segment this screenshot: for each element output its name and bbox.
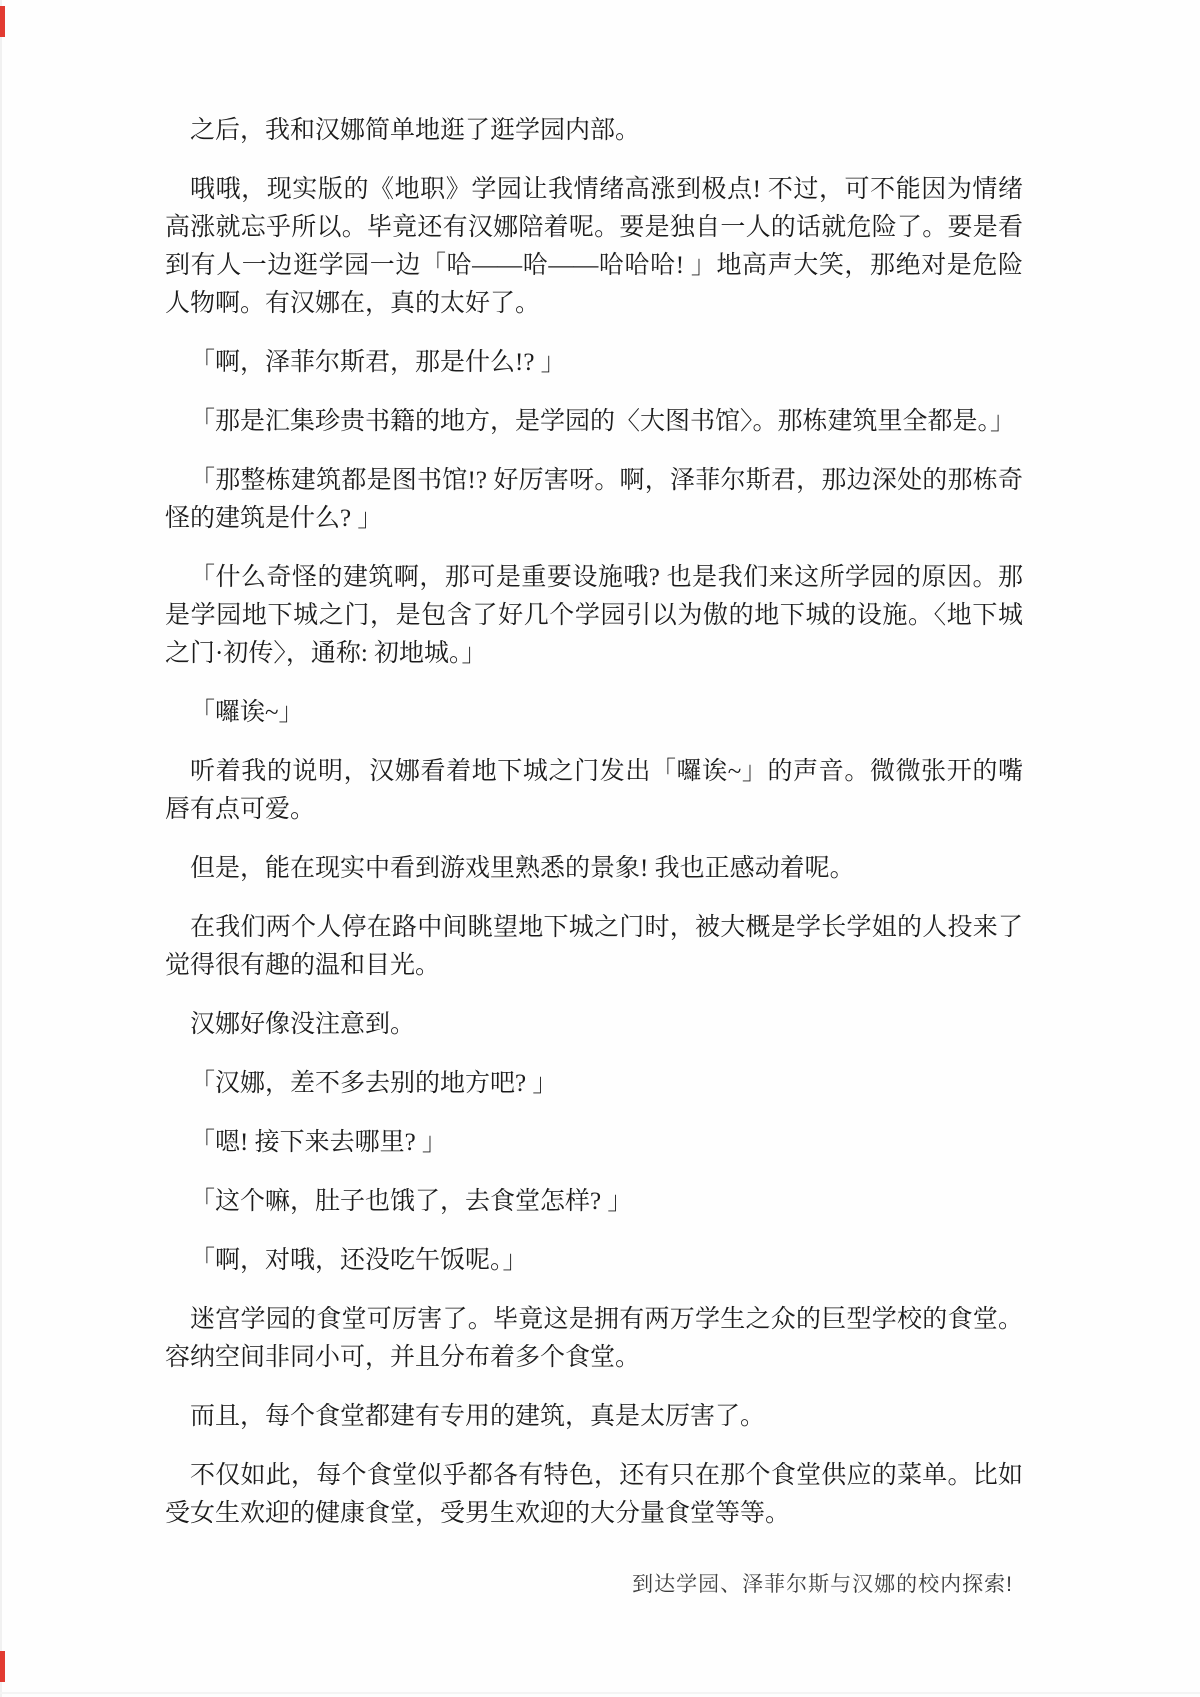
dialogue-paragraph: 「啊，泽菲尔斯君，那是什么!? 」 <box>165 344 1023 382</box>
narration-paragraph: 哦哦，现实版的《地职》学园让我情绪高涨到极点! 不过，可不能因为情绪高涨就忘乎所… <box>165 171 1023 323</box>
page-footer-caption: 到达学园、泽菲尔斯与汉娜的校内探索! <box>632 1572 1013 1598</box>
red-edge-mark-bottom <box>0 1651 5 1682</box>
dialogue-paragraph: 「这个嘛，肚子也饿了，去食堂怎样? 」 <box>165 1183 1023 1221</box>
narration-paragraph: 而且，每个食堂都建有专用的建筑，真是太厉害了。 <box>165 1398 1023 1436</box>
narration-paragraph: 不仅如此，每个食堂似乎都各有特色，还有只在那个食堂供应的菜单。比如受女生欢迎的健… <box>165 1457 1023 1533</box>
narration-paragraph: 在我们两个人停在路中间眺望地下城之门时，被大概是学长学姐的人投来了觉得很有趣的温… <box>165 909 1023 985</box>
scan-left-edge-line <box>0 0 2 1697</box>
novel-scan-page: 之后，我和汉娜简单地逛了逛学园内部。哦哦，现实版的《地职》学园让我情绪高涨到极点… <box>0 0 1200 1697</box>
narration-paragraph: 听着我的说明，汉娜看着地下城之门发出「囉诶~」的声音。微微张开的嘴唇有点可爱。 <box>165 753 1023 829</box>
dialogue-paragraph: 「汉娜，差不多去别的地方吧? 」 <box>165 1065 1023 1103</box>
novel-text-block: 之后，我和汉娜简单地逛了逛学园内部。哦哦，现实版的《地职》学园让我情绪高涨到极点… <box>165 112 1023 1554</box>
narration-paragraph: 之后，我和汉娜简单地逛了逛学园内部。 <box>165 112 1023 150</box>
dialogue-paragraph: 「那整栋建筑都是图书馆!? 好厉害呀。啊，泽菲尔斯君，那边深处的那栋奇怪的建筑是… <box>165 462 1023 538</box>
dialogue-paragraph: 「什么奇怪的建筑啊，那可是重要设施哦? 也是我们来这所学园的原因。那是学园地下城… <box>165 559 1023 673</box>
red-edge-mark-top <box>0 6 5 37</box>
narration-paragraph: 但是，能在现实中看到游戏里熟悉的景象! 我也正感动着呢。 <box>165 850 1023 888</box>
dialogue-paragraph: 「那是汇集珍贵书籍的地方，是学园的〈大图书馆〉。那栋建筑里全都是。」 <box>165 403 1023 441</box>
dialogue-paragraph: 「囉诶~」 <box>165 694 1023 732</box>
narration-paragraph: 迷宫学园的食堂可厉害了。毕竟这是拥有两万学生之众的巨型学校的食堂。容纳空间非同小… <box>165 1301 1023 1377</box>
dialogue-paragraph: 「嗯! 接下来去哪里? 」 <box>165 1124 1023 1162</box>
dialogue-paragraph: 「啊，对哦，还没吃午饭呢。」 <box>165 1242 1023 1280</box>
scan-bottom-edge-line <box>0 1692 1200 1694</box>
narration-paragraph: 汉娜好像没注意到。 <box>165 1006 1023 1044</box>
